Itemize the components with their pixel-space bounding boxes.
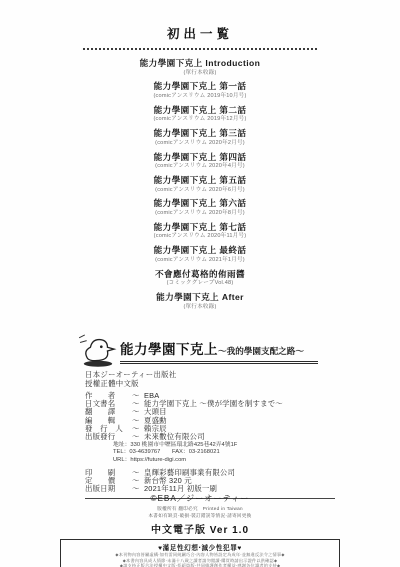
colophon-page: 初出一覧 能力學園下克上 Introduction (單行本收錄) 能力學園下克…: [0, 0, 400, 567]
license-line: 授權正體中文版: [85, 379, 340, 388]
print-info-block: 印 刷～皇輝彩藝印刷事業有限公司 定 價～新台幣 320 元 出版日期～2021…: [85, 469, 340, 494]
book-title-main: 能力學園下克上: [120, 342, 218, 357]
publisher-contact: 地址：330 桃園市中壢區環北路425巷42弄4號1F TEL：03-46397…: [113, 442, 340, 464]
publisher-line: 日本ジーオーティー出版社: [85, 370, 340, 379]
chapter-source: (comicアンスリウム 2020年6月号): [0, 187, 400, 193]
chapter-title: 能力學園下克上 第七話: [0, 223, 400, 233]
chapter-title: 能力學園下克上 Introduction: [0, 59, 400, 69]
chapter-title: 能力學園下克上 After: [0, 293, 400, 303]
credit-value: 未來數位有限公司: [144, 432, 205, 441]
credit-label: 出版發行: [85, 433, 132, 441]
chapter-source: (コミックグレープVol.48): [0, 280, 400, 286]
chapter-source: (comicアンスリウム 2021年1月号): [0, 257, 400, 263]
footer: ©EBA／ジーオーティー 版權所有 翻印必究 Printed in Taiwan…: [0, 493, 400, 567]
notice-box: ♥滿足性幻想‧減少性犯罪♥ ◆本刊物內容皆屬虛構‧如有雷同純屬巧合‧內容人物皆設…: [60, 539, 340, 567]
first-appearance-section: 初出一覧 能力學園下克上 Introduction (單行本收錄) 能力學園下克…: [0, 0, 400, 310]
colophon-section: 能力學園下克上～我的學園支配之路～ 日本ジーオーティー出版社 授權正體中文版 作…: [85, 338, 340, 499]
list-item: 能力學園下克上 第五話 (comicアンスリウム 2020年6月号): [0, 176, 400, 193]
publisher-tel-fax: TEL：03-4639767 FAX：03-2168021: [113, 449, 340, 456]
credit-row: 印 刷～皇輝彩藝印刷事業有限公司: [85, 469, 340, 477]
credit-value: 2021年11月 初版一刷: [144, 484, 217, 493]
chapter-title: 不會應付葛格的侑雨醬: [0, 270, 400, 280]
credit-row: 翻 譯～大頭目: [85, 408, 340, 416]
credit-row: 出版發行～未來數位有限公司: [85, 433, 340, 441]
chapter-title: 能力學園下克上 第三話: [0, 129, 400, 139]
chapter-source: (comicアンスリウム 2020年2月号): [0, 140, 400, 146]
chapter-title: 能力學園下克上 第二話: [0, 106, 400, 116]
chapter-source: (comicアンスリウム 2020年8月号): [0, 210, 400, 216]
list-item: 能力學園下克上 最終話 (comicアンスリウム 2021年1月号): [0, 246, 400, 263]
list-item: 能力學園下克上 After (單行本收錄): [0, 293, 400, 310]
book-title-subtitle: ～我的學園支配之路～: [218, 346, 304, 356]
list-item: 能力學園下克上 第一話 (comicアンスリウム 2019年10月号): [0, 82, 400, 99]
notice-line: ◆請支持正版合法授權中文版‧拒絕盜版‧共同維護創作者權益‧感謝各位讀者的支持◆: [64, 563, 336, 567]
chapter-source: (comicアンスリウム 2020年4月号): [0, 163, 400, 169]
credit-row: 發 行 人～賴宗辰: [85, 425, 340, 433]
dotted-divider: [83, 48, 317, 50]
chapter-source: (comicアンスリウム 2019年12月号): [0, 116, 400, 122]
chapter-title: 能力學園下克上 第六話: [0, 199, 400, 209]
publisher-lines: 日本ジーオーティー出版社 授權正體中文版: [85, 370, 340, 388]
list-item: 能力學園下克上 Introduction (單行本收錄): [0, 59, 400, 76]
list-item: 能力學園下克上 第三話 (comicアンスリウム 2020年2月号): [0, 129, 400, 146]
rights-line: 版權所有 翻印必究 Printed in Taiwan: [0, 506, 400, 512]
credit-row: 日文書名～能力学園下克上 ～僕が学園を制すまで～: [85, 400, 340, 408]
credit-row: 編 輯～夏盛勳: [85, 417, 340, 425]
copyright-line: ©EBA／ジーオーティー: [0, 493, 400, 504]
chapter-title: 能力學園下克上 最終話: [0, 246, 400, 256]
chapter-title: 能力學園下克上 第五話: [0, 176, 400, 186]
return-policy-line: 本書如有缺頁‧破損‧裝訂錯誤等情況‧請寄回更換: [0, 513, 400, 519]
book-title: 能力學園下克上～我的學園支配之路～: [120, 338, 318, 364]
chapter-title: 能力學園下克上 第四話: [0, 153, 400, 163]
publisher-url: URL：https://future-digi.com: [113, 457, 340, 464]
chapter-source: (comicアンスリウム 2019年10月号): [0, 93, 400, 99]
chapter-source: (comicアンスリウム 2020年11月号): [0, 233, 400, 239]
list-item: 能力學園下克上 第六話 (comicアンスリウム 2020年8月号): [0, 199, 400, 216]
credit-separator: ～: [132, 433, 144, 441]
publisher-address: 地址：330 桃園市中壢區環北路425巷42弄4號1F: [113, 442, 340, 449]
chapter-title: 能力學園下克上 第一話: [0, 82, 400, 92]
mascot-bird-icon: [77, 334, 119, 368]
list-item: 不會應付葛格的侑雨醬 (コミックグレープVol.48): [0, 270, 400, 287]
list-item: 能力學園下克上 第二話 (comicアンスリウム 2019年12月号): [0, 106, 400, 123]
list-item: 能力學園下克上 第七話 (comicアンスリウム 2020年11月号): [0, 223, 400, 240]
list-item: 能力學園下克上 第四話 (comicアンスリウム 2020年4月号): [0, 153, 400, 170]
edition-version: 中文電子版 Ver 1.0: [0, 521, 400, 536]
chapter-source: (單行本收錄): [0, 304, 400, 310]
section-title: 初出一覧: [0, 24, 400, 42]
notice-heading: ♥滿足性幻想‧減少性犯罪♥: [64, 542, 336, 552]
chapter-source: (單行本收錄): [0, 70, 400, 76]
credits-block: 作 者～EBA 日文書名～能力学園下克上 ～僕が学園を制すまで～ 翻 譯～大頭目…: [85, 392, 340, 499]
